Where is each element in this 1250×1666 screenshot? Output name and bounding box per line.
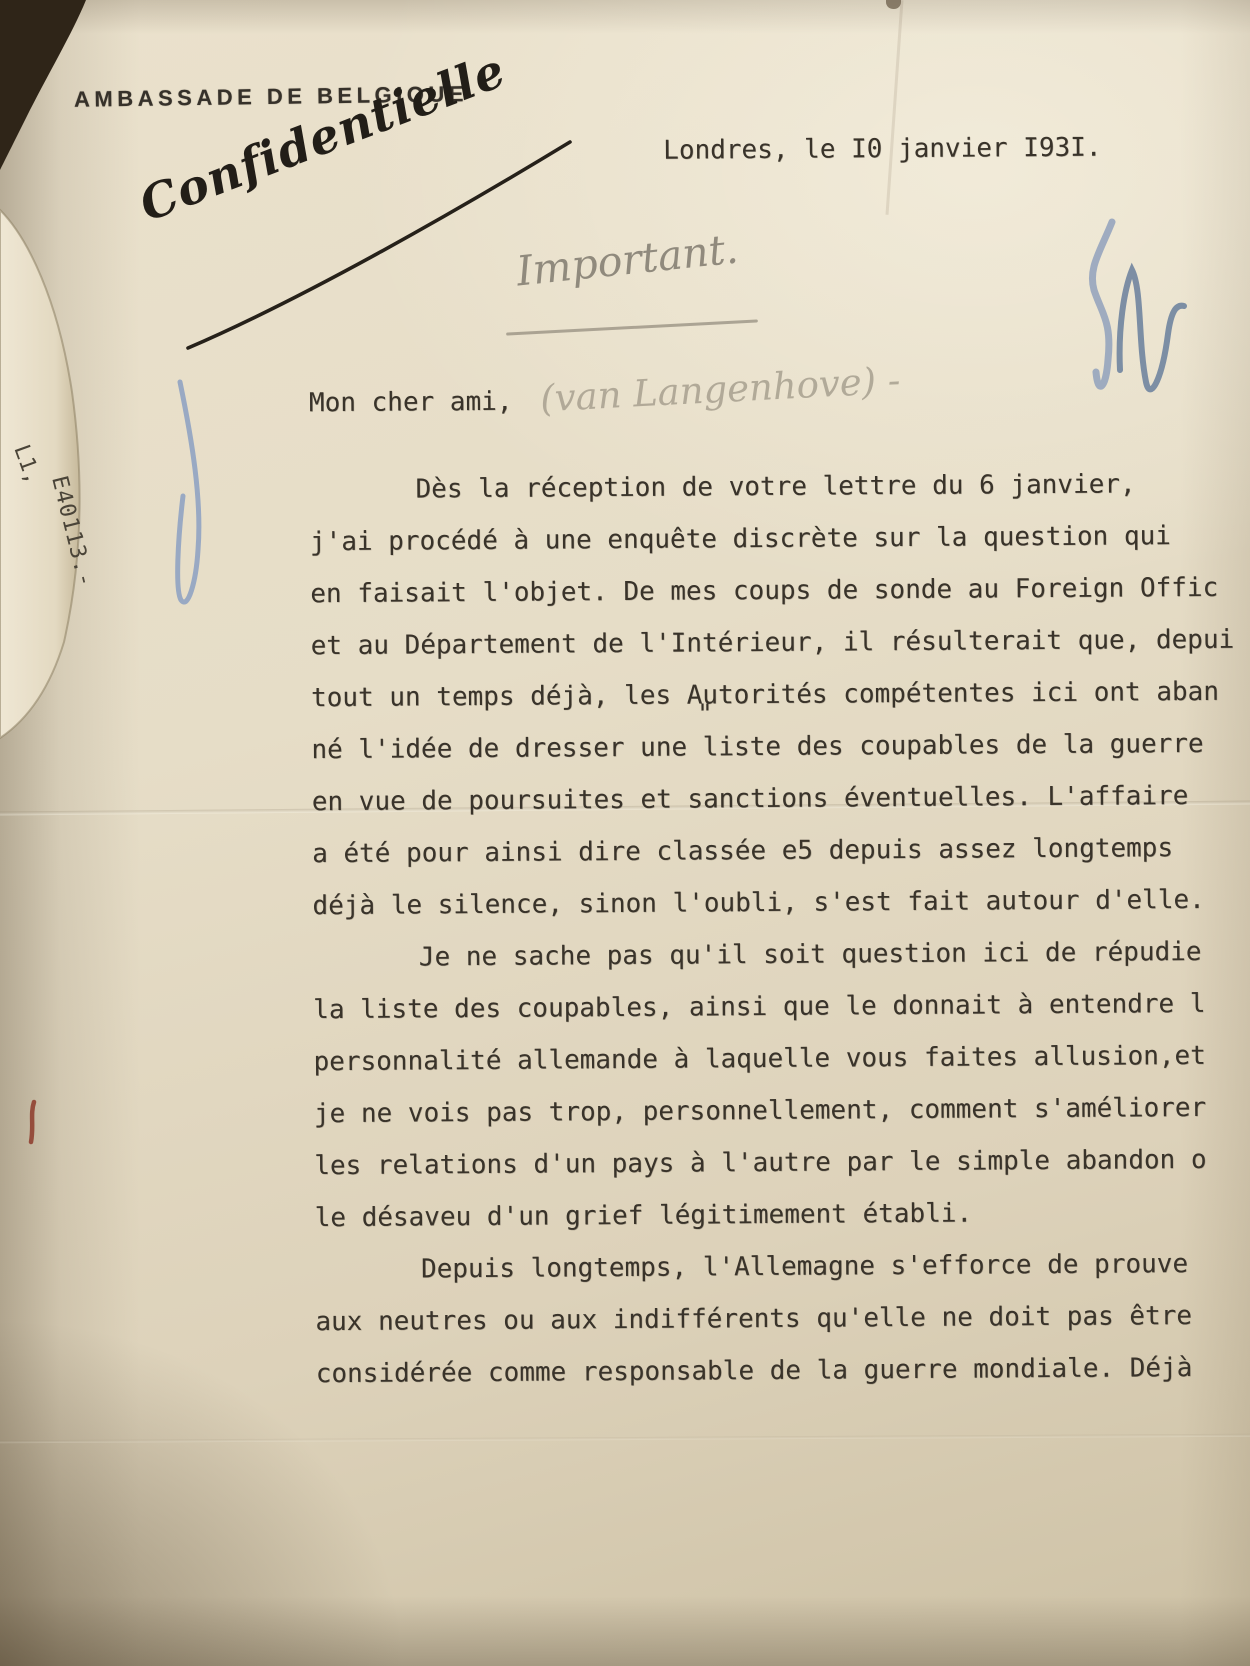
body-line: le désaveu d'un grief légitimement établ… <box>314 1186 1250 1245</box>
body-line: j'ai procédé à une enquête discrète sur … <box>310 510 1248 569</box>
paragraph-3: Depuis longtemps, l'Allemagne s'efforce … <box>315 1238 1250 1401</box>
body-line: Depuis longtemps, l'Allemagne s'efforce … <box>315 1238 1250 1297</box>
body-line: Dès la réception de votre lettre du 6 ja… <box>309 458 1247 517</box>
body-line: tout un temps déjà, les Autorités compét… <box>311 666 1249 725</box>
body-line: personnalité allemande à laquelle vous f… <box>313 1030 1250 1089</box>
paragraph-1: Dès la réception de votre lettre du 6 ja… <box>309 458 1250 933</box>
body-line: la liste des coupables, ainsi que le don… <box>313 978 1250 1037</box>
dateline: Londres, le I0 janvier I93I. <box>663 133 1101 166</box>
body-line: né l'idée de dresser une liste des coupa… <box>311 718 1249 777</box>
salutation: Mon cher ami, <box>309 387 513 418</box>
body-line: aux neutres ou aux indifférents qu'elle … <box>315 1290 1250 1349</box>
body-line: en vue de poursuites et sanctions éventu… <box>312 770 1250 829</box>
body-line: les relations d'un pays à l'autre par le… <box>314 1134 1250 1193</box>
body-line: en faisait l'objet. De mes coups de sond… <box>310 562 1248 621</box>
body-line: je ne vois pas trop, personnellement, co… <box>314 1082 1250 1141</box>
body-line: considérée comme responsable de la guerr… <box>316 1342 1250 1401</box>
letter-photo: L1, E40113.- AMBASSADE DE BELGIQUE Confi… <box>0 0 1250 1666</box>
body-line: a été pour ainsi dire classée e5 depuis … <box>312 822 1250 881</box>
paragraph-2: Je ne sache pas qu'il soit question ici … <box>313 926 1250 1245</box>
body-line: Je ne sache pas qu'il soit question ici … <box>313 926 1250 985</box>
body-line: et au Département de l'Intérieur, il rés… <box>311 614 1249 673</box>
typed-content: Londres, le I0 janvier I93I. Mon cher am… <box>0 0 1250 1666</box>
body-line: déjà le silence, sinon l'oubli, s'est fa… <box>312 874 1250 933</box>
